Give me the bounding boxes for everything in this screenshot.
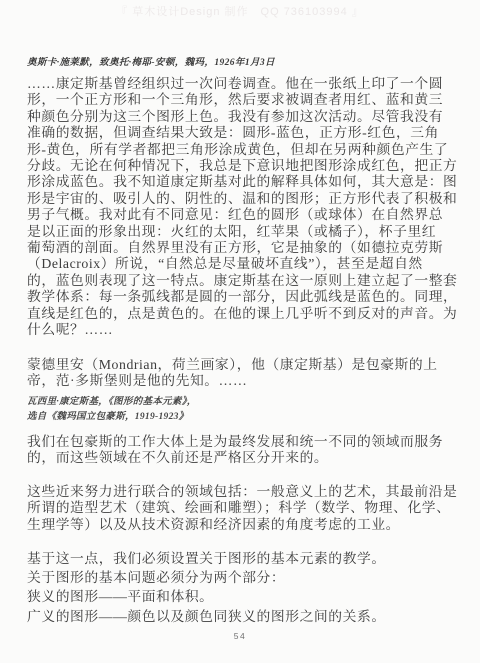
letter-attribution: 奥斯卡·施莱默，致奥托·梅耶-安顿，魏玛，1926年1月3日 [27,54,275,68]
letter-paragraph-1: ……康定斯基曾经组织过一次问卷调查。他在一张纸上印了一个圆 形，一个正方形和一个… [27,76,458,339]
citation-line: 瓦西里·康定斯基，《图形的基本元素》， [27,395,458,410]
letter-paragraph-2: 蒙德里安（Mondrian，荷兰画家），他（康定斯基）是包豪斯的上 帝，范·多斯… [27,357,458,390]
text-line: 葡萄酒的剖面。自然界里没有正方形，它是抽象的（如德拉克劳斯 [27,240,458,256]
text-line: 什么呢？…… [27,322,458,338]
text-line: 这些近来努力进行联合的领域包括：一般意义上的艺术，其最前沿是 [27,484,458,500]
text-line: 形-黄色，所有学者都把三角形涂成黄色，但却在另两种颜色产生了 [27,142,458,158]
text-line: 帝，范·多斯堡则是他的先知。…… [27,373,458,389]
citation-line: 选自《魏玛国立包豪斯，1919-1923》 [27,410,458,425]
page-number: 54 [0,631,480,641]
text-line: 基于这一点，我们必须设置关于图形的基本元素的教学。 [27,549,458,568]
text-line: 分歧。无论在何种情况下，我总是下意识地把图形涂成红色，把正方 [27,158,458,174]
essay-paragraph-1: 我们在包豪斯的工作大体上是为最终发展和统一不同的领域而服务 的，而这些领域在不久… [27,434,458,467]
text-line: 准确的数据，但调查结果大致是：圆形-蓝色，正方形-红色，三角 [27,125,458,141]
essay-paragraph-2: 这些近来努力进行联合的领域包括：一般意义上的艺术，其最前沿是 所谓的造型艺术（建… [27,484,458,533]
watermark: 『 草木设计Design 制作 QQ 736103994 』 [0,3,480,19]
text-line: 形涂成蓝色。我不知道康定斯基对此的解释具体如何，其大意是：图 [27,174,458,190]
text-line: 所谓的造型艺术（建筑、绘画和雕塑）；科学（数学、物理、化学、 [27,500,458,516]
text-line: 的，蓝色则表现了这一特点。康定斯基在这一原则上建立起了一整套 [27,273,458,289]
text-line: 生理学等）以及从技术资源和经济因素的角度考虑的工业。 [27,517,458,533]
essay-paragraph-3: 基于这一点，我们必须设置关于图形的基本元素的教学。 关于图形的基本问题必须分为两… [27,549,458,626]
text-line: 我们在包豪斯的工作大体上是为最终发展和统一不同的领域而服务 [27,434,458,450]
text-line: 是以正面的形象出现：火红的太阳，红苹果（或橘子），杯子里红 [27,224,458,240]
text-line: 形是宇宙的、吸引人的、阴性的、温和的图形；正方形代表了积极和 [27,191,458,207]
text-line: ……康定斯基曾经组织过一次问卷调查。他在一张纸上印了一个圆 [27,76,458,92]
text-line: 直线是红色的，点是黄色的。在他的课上几乎听不到反对的声音。为 [27,306,458,322]
text-line: 形，一个正方形和一个三角形，然后要求被调查者用红、蓝和黄三 [27,92,458,108]
text-line: （Delacroix）所说，“自然总是尽量破坏直线”），甚至是超自然 [27,256,458,272]
text-line: 广义的图形——颜色以及颜色同狭义的图形之间的关系。 [27,607,458,626]
scanned-book-page: 『 草木设计Design 制作 QQ 736103994 』 奥斯卡·施莱默，致… [0,0,480,663]
text-line: 关于图形的基本问题必须分为两个部分： [27,568,458,587]
text-line: 狭义的图形——平面和体积。 [27,587,458,606]
text-line: 蒙德里安（Mondrian，荷兰画家），他（康定斯基）是包豪斯的上 [27,357,458,373]
citation: 瓦西里·康定斯基，《图形的基本元素》， 选自《魏玛国立包豪斯，1919-1923… [27,395,458,424]
text-line: 男子气概。我对此有不同意见：红色的圆形（或球体）在自然界总 [27,207,458,223]
text-line: 种颜色分别为这三个图形上色。我没有参加这次活动。尽管我没有 [27,109,458,125]
text-line: 教学体系：每一条弧线都是圆的一部分，因此弧线是蓝色的。同理， [27,289,458,305]
text-line: 的，而这些领域在不久前还是严格区分开来的。 [27,450,458,466]
